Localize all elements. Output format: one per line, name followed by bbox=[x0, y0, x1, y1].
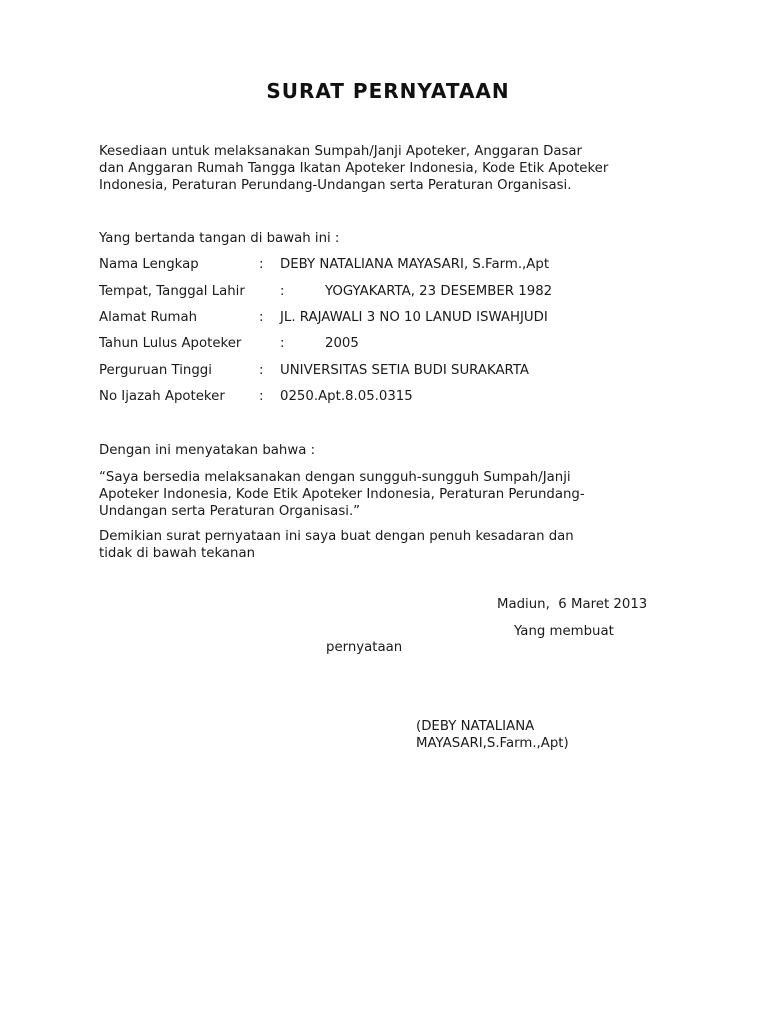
declaration-quote-line-1: “Saya bersedia melaksanakan dengan sungg… bbox=[99, 469, 571, 486]
place-date: Madiun, 6 Maret 2013 bbox=[497, 597, 647, 612]
signer-label-line-2: pernyataan bbox=[326, 640, 402, 655]
field-value-ijazah: 0250.Apt.8.05.0315 bbox=[280, 389, 413, 404]
declaration-quote-line-2: Apoteker Indonesia, Kode Etik Apoteker I… bbox=[99, 486, 585, 503]
field-label-perguruan: Perguruan Tinggi bbox=[99, 363, 212, 378]
field-label-nama: Nama Lengkap bbox=[99, 257, 199, 272]
document-title: SURAT PERNYATAAN bbox=[0, 79, 768, 103]
field-value-tahun-lulus: 2005 bbox=[325, 336, 359, 351]
declaration-intro: Dengan ini menyatakan bahwa : bbox=[99, 442, 315, 459]
closing-line-2: tidak di bawah tekanan bbox=[99, 545, 255, 562]
field-label-ijazah: No Ijazah Apoteker bbox=[99, 389, 225, 404]
signer-name-line-1: (DEBY NATALIANA bbox=[416, 719, 534, 734]
field-colon: : bbox=[259, 389, 263, 404]
field-colon: : bbox=[280, 336, 284, 351]
intro-line-1: Kesediaan untuk melaksanakan Sumpah/Janj… bbox=[99, 143, 582, 160]
field-label-tahun-lulus: Tahun Lulus Apoteker bbox=[99, 336, 241, 351]
undersigned-text: Yang bertanda tangan di bawah ini : bbox=[99, 230, 339, 247]
signer-name-line-2: MAYASARI,S.Farm.,Apt) bbox=[416, 736, 569, 751]
intro-line-2: dan Anggaran Rumah Tangga Ikatan Apoteke… bbox=[99, 160, 608, 177]
field-label-alamat: Alamat Rumah bbox=[99, 310, 197, 325]
intro-line-3: Indonesia, Peraturan Perundang-Undangan … bbox=[99, 177, 571, 194]
declaration-quote-line-3: Undangan serta Peraturan Organisasi.” bbox=[99, 503, 360, 520]
field-colon: : bbox=[259, 257, 263, 272]
field-value-ttl: YOGYAKARTA, 23 DESEMBER 1982 bbox=[325, 284, 552, 299]
signer-label-line-1: Yang membuat bbox=[514, 624, 614, 639]
field-colon: : bbox=[280, 284, 284, 299]
field-colon: : bbox=[259, 363, 263, 378]
field-label-ttl: Tempat, Tanggal Lahir bbox=[99, 284, 245, 299]
field-colon: : bbox=[259, 310, 263, 325]
closing-line-1: Demikian surat pernyataan ini saya buat … bbox=[99, 528, 574, 545]
field-value-perguruan: UNIVERSITAS SETIA BUDI SURAKARTA bbox=[280, 363, 529, 378]
field-value-alamat: JL. RAJAWALI 3 NO 10 LANUD ISWAHJUDI bbox=[280, 310, 548, 325]
field-value-nama: DEBY NATALIANA MAYASARI, S.Farm.,Apt bbox=[280, 257, 549, 272]
